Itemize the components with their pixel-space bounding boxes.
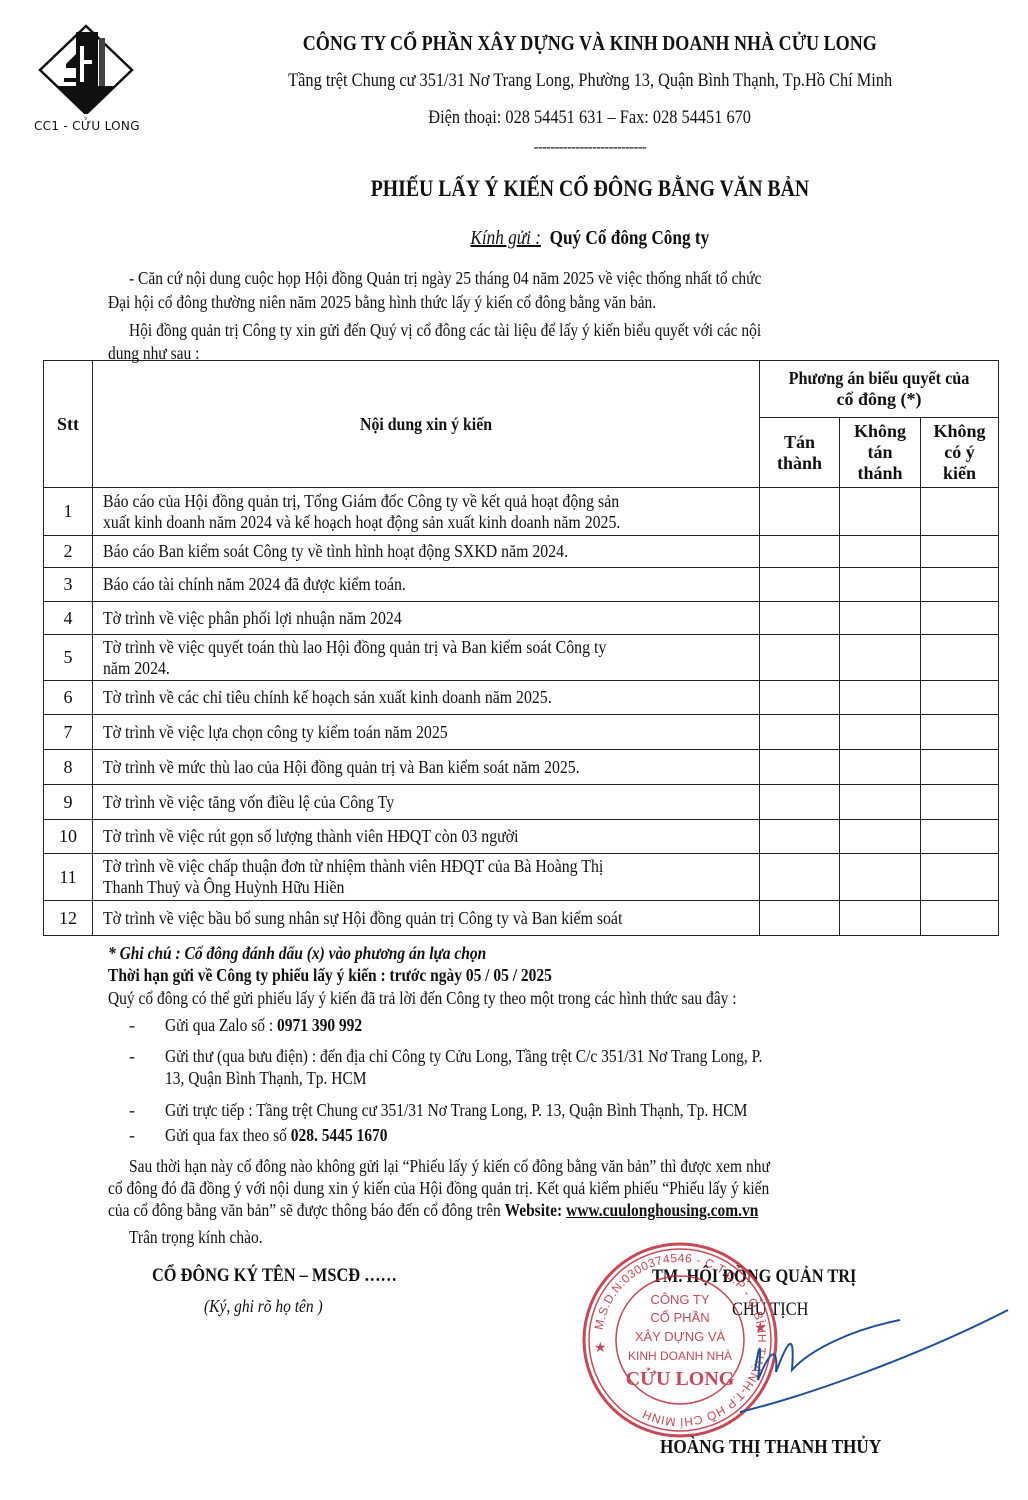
vote-approve-box[interactable] bbox=[760, 568, 840, 602]
vote-abstain-box[interactable] bbox=[921, 785, 999, 820]
table-row: 7Tờ trình về việc lựa chọn công ty kiểm … bbox=[44, 715, 999, 750]
row-content: Tờ trình về các chỉ tiêu chính kế hoạch … bbox=[93, 681, 760, 715]
after-deadline-line-2: cổ đông đó đã đồng ý với nội dung xin ý … bbox=[108, 1177, 769, 1199]
row-number: 4 bbox=[44, 602, 93, 635]
vote-approve-box[interactable] bbox=[760, 854, 840, 901]
website-link[interactable]: www.cuulonghousing.com.vn bbox=[566, 1200, 758, 1220]
vote-approve-box[interactable] bbox=[760, 901, 840, 936]
company-logo-icon bbox=[36, 24, 136, 114]
svg-text:★: ★ bbox=[594, 1341, 607, 1356]
row-number: 8 bbox=[44, 750, 93, 785]
voting-table: Stt Nội dung xin ý kiến Phương án biểu q… bbox=[43, 360, 999, 936]
row-content: Tờ trình về việc chấp thuận đơn từ nhiệm… bbox=[93, 854, 760, 901]
form-title: PHIẾU LẤY Ý KIẾN CỔ ĐÔNG BẰNG VĂN BẢN bbox=[180, 176, 1000, 202]
row-number: 2 bbox=[44, 536, 93, 568]
method-post-line-2: 13, Quận Bình Thạnh, Tp. HCM bbox=[165, 1067, 367, 1089]
table-row: 6Tờ trình về các chỉ tiêu chính kế hoạch… bbox=[44, 681, 999, 715]
table-row: 2Báo cáo Ban kiểm soát Công ty về tình h… bbox=[44, 536, 999, 568]
bullet: - bbox=[129, 1099, 135, 1121]
row-number: 10 bbox=[44, 820, 93, 854]
vote-disapprove-box[interactable] bbox=[840, 602, 921, 635]
method-zalo: Gửi qua Zalo số : 0971 390 992 bbox=[165, 1014, 362, 1036]
row-number: 6 bbox=[44, 681, 93, 715]
row-content: Tờ trình về việc quyết toán thù lao Hội … bbox=[93, 635, 760, 681]
vote-disapprove-box[interactable] bbox=[840, 854, 921, 901]
vote-approve-box[interactable] bbox=[760, 750, 840, 785]
table-row: 11Tờ trình về việc chấp thuận đơn từ nhi… bbox=[44, 854, 999, 901]
after-deadline-line-1: Sau thời hạn này cổ đông nào không gửi l… bbox=[129, 1155, 770, 1177]
company-name: CÔNG TY CỔ PHẦN XÂY DỰNG VÀ KINH DOANH N… bbox=[180, 31, 1000, 56]
intro-paragraph-1-line-1: - Căn cứ nội dung cuộc họp Hội đồng Quản… bbox=[129, 266, 761, 290]
header-abstain: Không có ý kiến bbox=[921, 418, 999, 488]
addressee: Kính gửi : Quý Cổ đông Công ty bbox=[180, 227, 1000, 250]
vote-approve-box[interactable] bbox=[760, 785, 840, 820]
header-approve: Tán thành bbox=[760, 418, 840, 488]
vote-abstain-box[interactable] bbox=[921, 901, 999, 936]
table-row: 3Báo cáo tài chính năm 2024 đã được kiểm… bbox=[44, 568, 999, 602]
vote-approve-box[interactable] bbox=[760, 536, 840, 568]
after-deadline-line-3: của cổ đông bằng văn bản” sẽ được thông … bbox=[108, 1199, 758, 1221]
chair-signature-icon bbox=[700, 1300, 1010, 1430]
bullet: - bbox=[129, 1014, 135, 1036]
row-content: Tờ trình về mức thù lao của Hội đồng quả… bbox=[93, 750, 760, 785]
submission-methods-intro: Quý cổ đông có thể gửi phiếu lấy ý kiến … bbox=[108, 987, 737, 1009]
vote-abstain-box[interactable] bbox=[921, 820, 999, 854]
vote-abstain-box[interactable] bbox=[921, 854, 999, 901]
vote-disapprove-box[interactable] bbox=[840, 901, 921, 936]
row-content: Tờ trình về việc rút gọn số lượng thành … bbox=[93, 820, 760, 854]
submission-deadline: Thời hạn gửi về Công ty phiếu lấy ý kiến… bbox=[108, 964, 552, 986]
vote-disapprove-box[interactable] bbox=[840, 715, 921, 750]
vote-disapprove-box[interactable] bbox=[840, 635, 921, 681]
bullet: - bbox=[129, 1124, 135, 1146]
row-content: Báo cáo Ban kiểm soát Công ty về tình hì… bbox=[93, 536, 760, 568]
vote-abstain-box[interactable] bbox=[921, 568, 999, 602]
row-content: Báo cáo của Hội đồng quản trị, Tổng Giám… bbox=[93, 488, 760, 536]
vote-disapprove-box[interactable] bbox=[840, 820, 921, 854]
company-phone-fax: Điện thoại: 028 54451 631 – Fax: 028 544… bbox=[180, 107, 1000, 129]
row-number: 5 bbox=[44, 635, 93, 681]
vote-approve-box[interactable] bbox=[760, 715, 840, 750]
vote-disapprove-box[interactable] bbox=[840, 536, 921, 568]
table-row: 4Tờ trình về việc phân phối lợi nhuận nă… bbox=[44, 602, 999, 635]
method-in-person: Gửi trực tiếp : Tầng trệt Chung cư 351/3… bbox=[165, 1099, 747, 1121]
header-content: Nội dung xin ý kiến bbox=[93, 361, 760, 488]
row-number: 1 bbox=[44, 488, 93, 536]
row-number: 9 bbox=[44, 785, 93, 820]
row-number: 11 bbox=[44, 854, 93, 901]
company-address: Tầng trệt Chung cư 351/31 Nơ Trang Long,… bbox=[180, 70, 1000, 92]
vote-disapprove-box[interactable] bbox=[840, 750, 921, 785]
vote-abstain-box[interactable] bbox=[921, 715, 999, 750]
vote-approve-box[interactable] bbox=[760, 488, 840, 536]
vote-approve-box[interactable] bbox=[760, 635, 840, 681]
vote-approve-box[interactable] bbox=[760, 820, 840, 854]
logo-caption: CC1 - CỬU LONG bbox=[34, 119, 140, 133]
method-fax: Gửi qua fax theo số 028. 5445 1670 bbox=[165, 1124, 388, 1146]
intro-paragraph-1-line-2: Đại hội cổ đông thường niên năm 2025 bằn… bbox=[108, 290, 656, 314]
addressee-value: Quý Cổ đông Công ty bbox=[550, 227, 710, 249]
vote-abstain-box[interactable] bbox=[921, 536, 999, 568]
vote-abstain-box[interactable] bbox=[921, 681, 999, 715]
table-row: 10Tờ trình về việc rút gọn số lượng thàn… bbox=[44, 820, 999, 854]
closing-greeting: Trân trọng kính chào. bbox=[129, 1226, 263, 1248]
header-vote-options: Phương án biểu quyết của cổ đông (*) bbox=[760, 361, 999, 418]
vote-abstain-box[interactable] bbox=[921, 635, 999, 681]
header-divider: --------------------------- bbox=[180, 140, 1000, 156]
vote-disapprove-box[interactable] bbox=[840, 568, 921, 602]
row-number: 12 bbox=[44, 901, 93, 936]
method-post-line-1: Gửi thư (qua bưu điện) : đến địa chỉ Côn… bbox=[165, 1045, 762, 1067]
vote-disapprove-box[interactable] bbox=[840, 785, 921, 820]
row-content: Báo cáo tài chính năm 2024 đã được kiểm … bbox=[93, 568, 760, 602]
row-content: Tờ trình về việc phân phối lợi nhuận năm… bbox=[93, 602, 760, 635]
table-row: 12Tờ trình về việc bầu bổ sung nhân sự H… bbox=[44, 901, 999, 936]
table-row: 9Tờ trình về việc tăng vốn điều lệ của C… bbox=[44, 785, 999, 820]
shareholder-signature-label: CỔ ĐÔNG KÝ TÊN – MSCĐ …… bbox=[152, 1265, 397, 1287]
intro-paragraph-2-line-1: Hội đồng quản trị Công ty xin gửi đến Qu… bbox=[129, 318, 761, 342]
row-number: 3 bbox=[44, 568, 93, 602]
table-row: 5Tờ trình về việc quyết toán thù lao Hội… bbox=[44, 635, 999, 681]
vote-abstain-box[interactable] bbox=[921, 750, 999, 785]
vote-disapprove-box[interactable] bbox=[840, 488, 921, 536]
addressee-label: Kính gửi : bbox=[471, 227, 542, 249]
table-row: 1Báo cáo của Hội đồng quản trị, Tổng Giá… bbox=[44, 488, 999, 536]
header-disapprove: Không tán thánh bbox=[840, 418, 921, 488]
vote-abstain-box[interactable] bbox=[921, 488, 999, 536]
row-content: Tờ trình về việc tăng vốn điều lệ của Cô… bbox=[93, 785, 760, 820]
voting-note: * Ghi chú : Cổ đông đánh dấu (x) vào phư… bbox=[108, 942, 486, 964]
row-content: Tờ trình về việc lựa chọn công ty kiểm t… bbox=[93, 715, 760, 750]
header-stt: Stt bbox=[44, 361, 93, 488]
table-row: 8Tờ trình về mức thù lao của Hội đồng qu… bbox=[44, 750, 999, 785]
vote-approve-box[interactable] bbox=[760, 602, 840, 635]
vote-approve-box[interactable] bbox=[760, 681, 840, 715]
vote-abstain-box[interactable] bbox=[921, 602, 999, 635]
row-content: Tờ trình về việc bầu bổ sung nhân sự Hội… bbox=[93, 901, 760, 936]
vote-disapprove-box[interactable] bbox=[840, 681, 921, 715]
shareholder-signature-note: (Ký, ghi rõ họ tên ) bbox=[204, 1296, 323, 1317]
row-number: 7 bbox=[44, 715, 93, 750]
bullet: - bbox=[129, 1045, 135, 1067]
